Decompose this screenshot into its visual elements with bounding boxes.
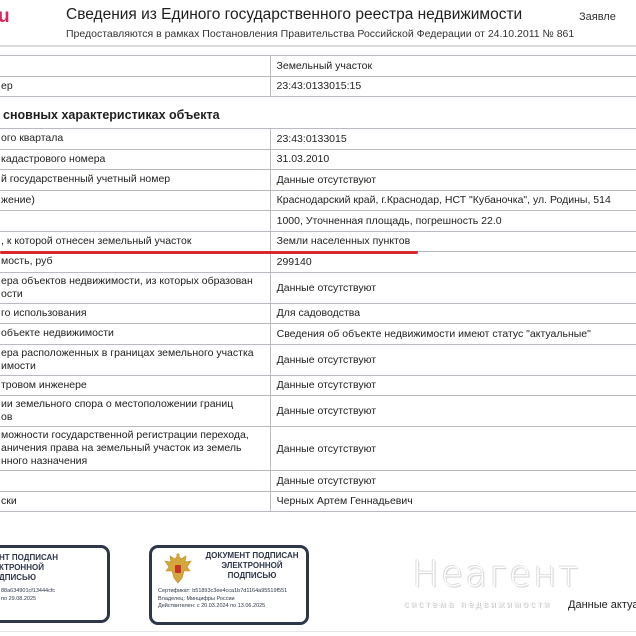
table-row: мость, руб299140	[0, 252, 636, 273]
request-label: Заявле	[579, 11, 616, 23]
table-row: объекте недвижимостиСведения об объекте …	[0, 324, 636, 345]
row-label: ера расположенных в границах земельного …	[0, 344, 270, 375]
row-value: 31.03.2010	[270, 149, 636, 170]
row-label: тровом инженере	[0, 375, 270, 396]
footer-divider	[0, 631, 636, 632]
page-title: Сведения из Единого государственного рее…	[66, 6, 522, 24]
row-value: Данные отсутствуют	[270, 427, 636, 471]
signature-stamp-1: НТ ПОДПИСАН КТРОННОЙ ДПИСЬЮ 88a634901cf1…	[0, 545, 110, 623]
stamp-line: Действителен: с 20.03.2024 по 13.06.2025	[158, 603, 287, 611]
section-title: сновных характеристиках объекта	[3, 108, 220, 122]
row-value: Черных Артем Геннадьевич	[270, 491, 636, 512]
stamp-title: НТ ПОДПИСАН КТРОННОЙ ДПИСЬЮ	[0, 553, 109, 583]
row-value: 299140	[270, 252, 636, 273]
row-value: 23:43:0133015:15	[270, 76, 636, 97]
highlight-underline	[0, 251, 418, 254]
characteristics-table: ого квартала23:43:0133015кадастрового но…	[0, 128, 636, 512]
row-value: Земли населенных пунктов	[270, 231, 636, 252]
row-value: 23:43:0133015	[270, 129, 636, 150]
row-value: Данные отсутствуют	[270, 471, 636, 492]
row-label: го использования	[0, 303, 270, 324]
row-value: Данные отсутствуют	[270, 170, 636, 191]
stamp-line: 88a634901cf13444cfc	[1, 588, 55, 596]
row-label	[0, 56, 270, 77]
table-row: ого квартала23:43:0133015	[0, 129, 636, 150]
row-label: , к которой отнесен земельный участок	[0, 231, 270, 252]
data-actual-label: Данные актуа	[568, 599, 636, 611]
row-label: мость, руб	[0, 252, 270, 273]
watermark-brand: Неагент	[412, 554, 580, 595]
row-label: ера объектов недвижимости, из которых об…	[0, 272, 270, 303]
row-value: Данные отсутствуют	[270, 375, 636, 396]
stamp-line: по 29.08.2025	[1, 596, 55, 604]
table-row: ер23:43:0133015:15	[0, 76, 636, 97]
row-label: объекте недвижимости	[0, 324, 270, 345]
stamp-title: ДОКУМЕНТ ПОДПИСАН ЭЛЕКТРОННОЙ ПОДПИСЬЮ	[198, 551, 306, 581]
row-value: Для садоводства	[270, 303, 636, 324]
row-label: ого квартала	[0, 129, 270, 150]
table-row: можности государственной регистрации пер…	[0, 427, 636, 471]
row-value: 1000, Уточненная площадь, погрешность 22…	[270, 211, 636, 232]
table-row: Данные отсутствуют	[0, 471, 636, 492]
logo: u	[0, 6, 10, 28]
signature-stamp-2: ДОКУМЕНТ ПОДПИСАН ЭЛЕКТРОННОЙ ПОДПИСЬЮ С…	[149, 545, 309, 625]
row-value: Краснодарский край, г.Краснодар, НСТ "Ку…	[270, 190, 636, 211]
table-row: ии земельного спора о местоположении гра…	[0, 396, 636, 427]
row-value: Данные отсутствуют	[270, 396, 636, 427]
row-label: можности государственной регистрации пер…	[0, 427, 270, 471]
row-value: Данные отсутствуют	[270, 272, 636, 303]
row-label: ер	[0, 76, 270, 97]
coat-of-arms-icon	[162, 552, 194, 586]
table-row: скиЧерных Артем Геннадьевич	[0, 491, 636, 512]
table-row: жение)Краснодарский край, г.Краснодар, Н…	[0, 190, 636, 211]
table-row: ера объектов недвижимости, из которых об…	[0, 272, 636, 303]
table-row: 1000, Уточненная площадь, погрешность 22…	[0, 211, 636, 232]
page-subtitle: Предоставляются в рамках Постановления П…	[66, 28, 574, 40]
row-value: Данные отсутствуют	[270, 344, 636, 375]
row-label: кадастрового номера	[0, 149, 270, 170]
table-row: ера расположенных в границах земельного …	[0, 344, 636, 375]
table-row: й государственный учетный номерДанные от…	[0, 170, 636, 191]
table-row: тровом инженереДанные отсутствуют	[0, 375, 636, 396]
row-value: Сведения об объекте недвижимости имеют с…	[270, 324, 636, 345]
row-label: й государственный учетный номер	[0, 170, 270, 191]
watermark-tagline: система недвижимости	[404, 599, 551, 609]
row-label: ски	[0, 491, 270, 512]
stamp-line: Владелец: Минцифры России	[158, 596, 287, 604]
row-label: жение)	[0, 190, 270, 211]
table-row: го использованияДля садоводства	[0, 303, 636, 324]
stamp-details: Сертификат: b51893c3ee4cca1b7d1164a95519…	[158, 588, 287, 611]
row-label	[0, 471, 270, 492]
row-label	[0, 211, 270, 232]
stamp-details: 88a634901cf13444cfcпо 29.08.2025	[1, 588, 55, 603]
table-row: Земельный участок	[0, 56, 636, 77]
table-row: кадастрового номера31.03.2010	[0, 149, 636, 170]
object-type-table: Земельный участокер23:43:0133015:15	[0, 55, 636, 97]
stamp-line: Сертификат: b51893c3ee4cca1b7d1164a95519…	[158, 588, 287, 596]
row-label: ии земельного спора о местоположении гра…	[0, 396, 270, 427]
document-header: u Сведения из Единого государственного р…	[0, 0, 636, 47]
table-row: , к которой отнесен земельный участокЗем…	[0, 231, 636, 252]
row-value: Земельный участок	[270, 56, 636, 77]
